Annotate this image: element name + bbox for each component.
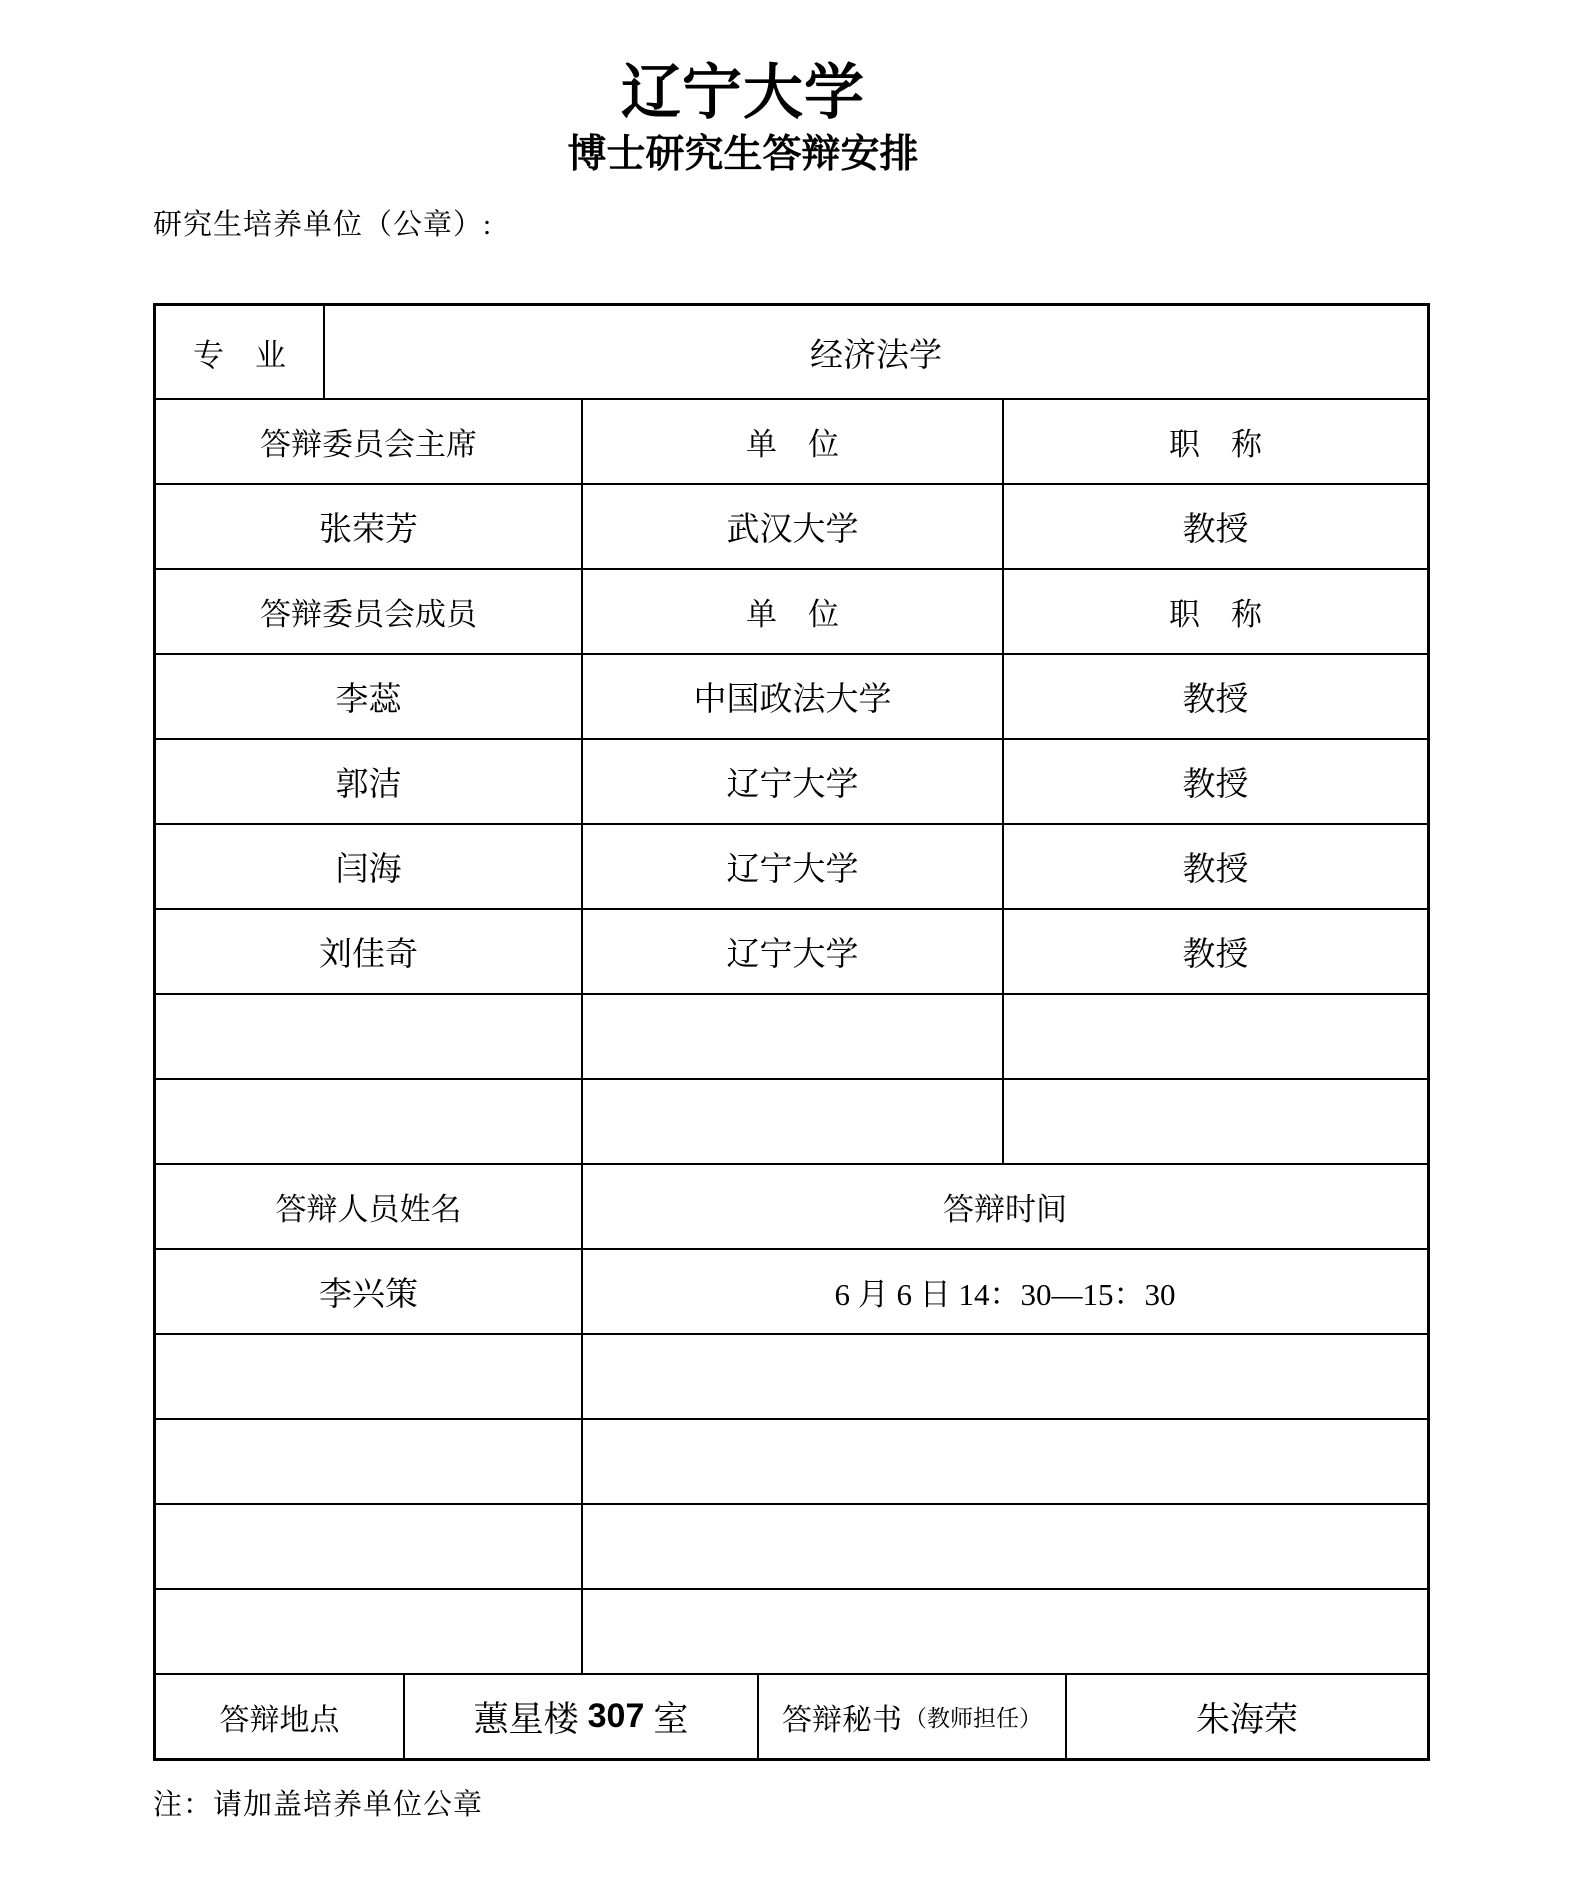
defense-candidate-name-cell — [156, 1590, 581, 1673]
table-row-defense-header: 答辩人员姓名 答辩时间 — [156, 1163, 1427, 1248]
member-unit-cell: 辽宁大学 — [581, 825, 1002, 908]
member-unit-cell: 辽宁大学 — [581, 910, 1002, 993]
defense-candidate-name-cell: 李兴策 — [156, 1250, 581, 1333]
defense-time-cell — [581, 1505, 1427, 1588]
secretary-note-text: （教师担任） — [904, 1700, 1042, 1733]
member-role-header-cell: 答辩委员会成员 — [156, 570, 581, 653]
table-row-defense-empty — [156, 1588, 1427, 1673]
defense-name-header-cell: 答辩人员姓名 — [156, 1165, 581, 1248]
table-row-member: 郭洁 辽宁大学 教授 — [156, 738, 1427, 823]
defense-candidate-name-cell — [156, 1335, 581, 1418]
member-title-cell: 教授 — [1002, 740, 1427, 823]
member-unit-cell: 辽宁大学 — [581, 740, 1002, 823]
member-name-cell: 李蕊 — [156, 655, 581, 738]
table-row-member: 李蕊 中国政法大学 教授 — [156, 653, 1427, 738]
chair-role-header-cell: 答辩委员会主席 — [156, 400, 581, 483]
table-row-defense-empty — [156, 1418, 1427, 1503]
training-unit-label: 研究生培养单位（公章）: — [153, 202, 492, 243]
defense-time-header-cell: 答辩时间 — [581, 1165, 1427, 1248]
defense-time-cell: 6 月 6 日 14：30—15：30 — [581, 1250, 1427, 1333]
defense-location-label-cell: 答辩地点 — [156, 1675, 403, 1758]
table-row-defense: 李兴策 6 月 6 日 14：30—15：30 — [156, 1248, 1427, 1333]
member-name-cell: 郭洁 — [156, 740, 581, 823]
location-building-text: 蕙星楼 — [474, 1692, 579, 1742]
member-title-header-cell: 职 称 — [1002, 570, 1427, 653]
chair-unit-cell: 武汉大学 — [581, 485, 1002, 568]
table-row-member-empty — [156, 993, 1427, 1078]
document-header: 辽宁大学 博士研究生答辩安排 — [48, 60, 1438, 179]
page-title: 辽宁大学 — [48, 60, 1438, 126]
chair-unit-header-cell: 单 位 — [581, 400, 1002, 483]
table-row-defense-empty — [156, 1333, 1427, 1418]
table-row-chair: 张荣芳 武汉大学 教授 — [156, 483, 1427, 568]
member-unit-cell — [581, 995, 1002, 1078]
location-room-number: 307 — [588, 1697, 645, 1736]
location-room-suffix: 室 — [653, 1692, 688, 1742]
secretary-label-text: 答辩秘书 — [782, 1695, 902, 1739]
defense-time-cell — [581, 1590, 1427, 1673]
table-row-location-secretary: 答辩地点 蕙星楼 307 室 答辩秘书 （教师担任） 朱海荣 — [156, 1673, 1427, 1758]
major-value-cell: 经济法学 — [323, 306, 1427, 398]
member-title-cell — [1002, 995, 1427, 1078]
defense-arrangement-table: 专 业 经济法学 答辩委员会主席 单 位 职 称 张荣芳 武汉大学 教授 答辩委… — [153, 303, 1430, 1761]
defense-candidate-name-cell — [156, 1420, 581, 1503]
page-subtitle: 博士研究生答辩安排 — [48, 132, 1438, 179]
table-row-member-empty — [156, 1078, 1427, 1163]
document-page: 辽宁大学 博士研究生答辩安排 研究生培养单位（公章）: 专 业 经济法学 答辩委… — [0, 0, 1587, 1897]
table-row-member: 闫海 辽宁大学 教授 — [156, 823, 1427, 908]
member-title-cell: 教授 — [1002, 825, 1427, 908]
member-name-cell — [156, 1080, 581, 1163]
table-row-defense-empty — [156, 1503, 1427, 1588]
member-title-cell — [1002, 1080, 1427, 1163]
table-row-member: 刘佳奇 辽宁大学 教授 — [156, 908, 1427, 993]
defense-secretary-label-cell: 答辩秘书 （教师担任） — [757, 1675, 1065, 1758]
footer-note: 注：请加盖培养单位公章 — [153, 1782, 483, 1823]
chair-title-cell: 教授 — [1002, 485, 1427, 568]
table-row-major: 专 业 经济法学 — [156, 306, 1427, 398]
chair-name-cell: 张荣芳 — [156, 485, 581, 568]
table-row-member-header: 答辩委员会成员 单 位 职 称 — [156, 568, 1427, 653]
chair-title-header-cell: 职 称 — [1002, 400, 1427, 483]
table-row-chair-header: 答辩委员会主席 单 位 职 称 — [156, 398, 1427, 483]
member-name-cell: 刘佳奇 — [156, 910, 581, 993]
defense-location-value-cell: 蕙星楼 307 室 — [403, 1675, 757, 1758]
member-name-cell — [156, 995, 581, 1078]
major-label-cell: 专 业 — [156, 306, 323, 398]
member-name-cell: 闫海 — [156, 825, 581, 908]
defense-candidate-name-cell — [156, 1505, 581, 1588]
member-unit-cell: 中国政法大学 — [581, 655, 1002, 738]
member-unit-cell — [581, 1080, 1002, 1163]
defense-secretary-name-cell: 朱海荣 — [1065, 1675, 1427, 1758]
member-title-cell: 教授 — [1002, 655, 1427, 738]
member-title-cell: 教授 — [1002, 910, 1427, 993]
member-unit-header-cell: 单 位 — [581, 570, 1002, 653]
defense-time-cell — [581, 1420, 1427, 1503]
defense-time-cell — [581, 1335, 1427, 1418]
